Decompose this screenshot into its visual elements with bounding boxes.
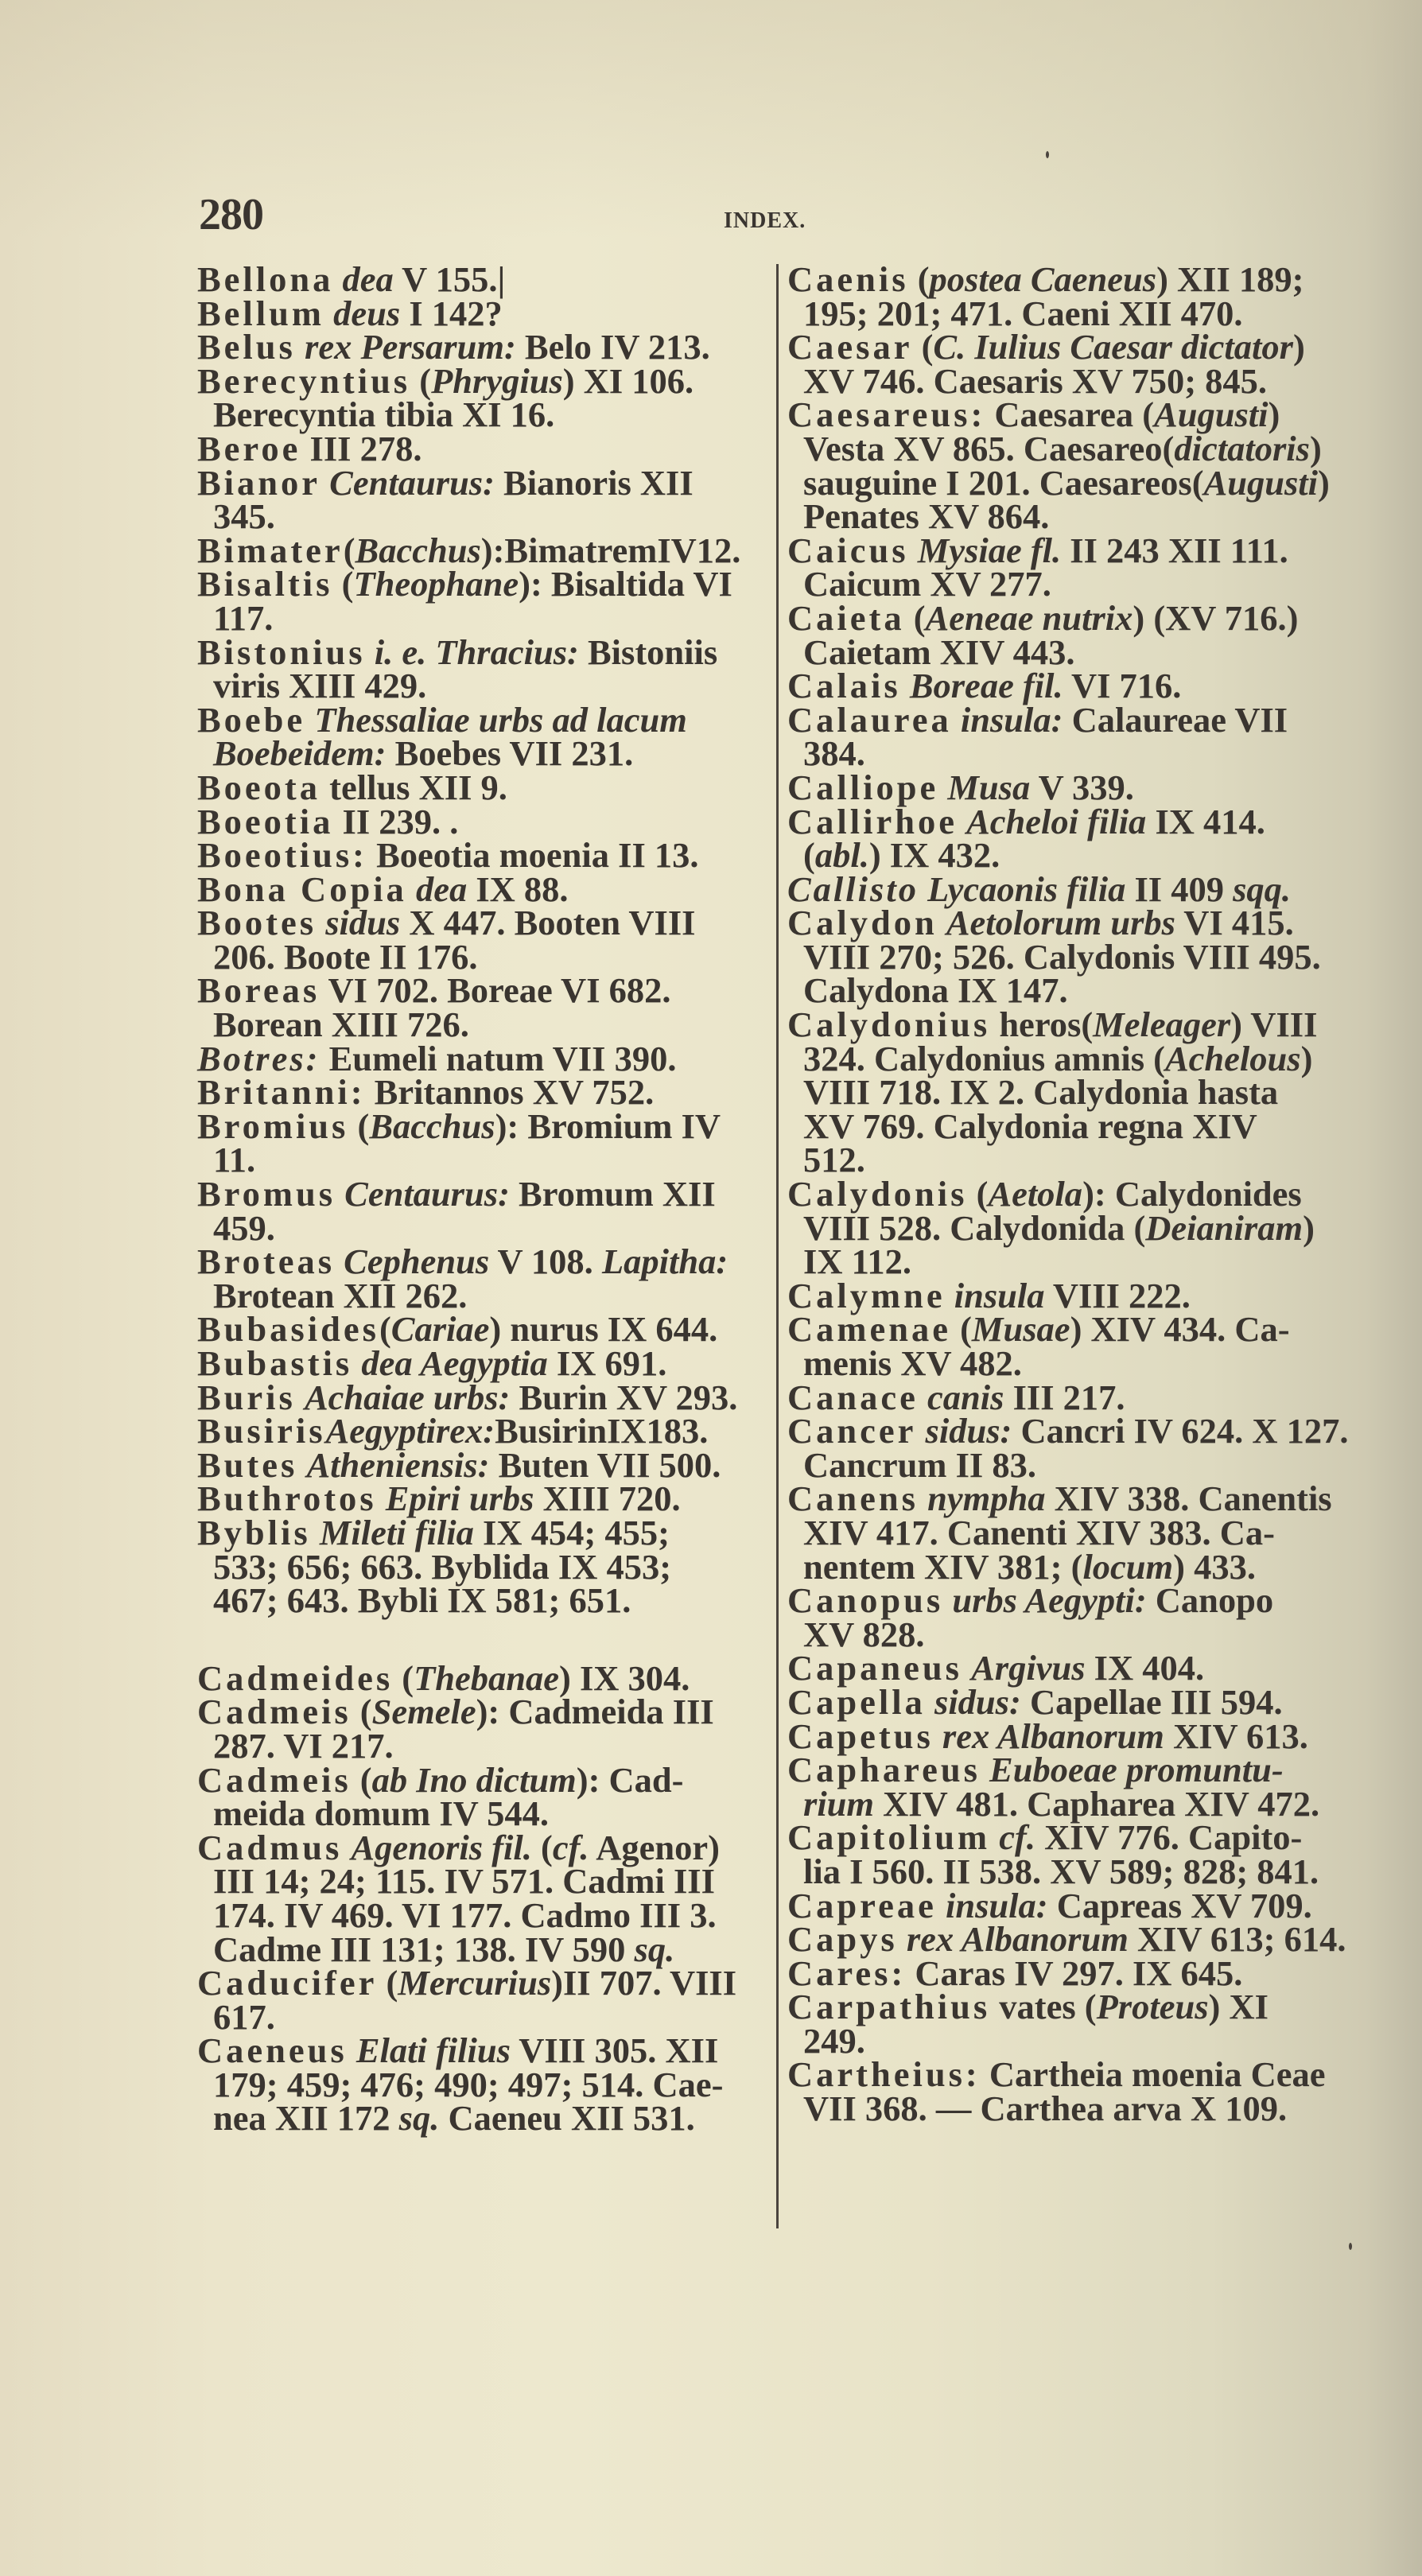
index-entry: BusirisAegyptirex:BusirinIX183. (197, 1414, 774, 1448)
index-entry-continuation: XV 769. Calydonia regna XIV (787, 1109, 1372, 1144)
index-entry-continuation: Penates XV 864. (787, 499, 1372, 534)
index-entry-continuation: Cancrum II 83. (787, 1448, 1372, 1482)
index-entry: Berecyntius (Phrygius) XI 106. (197, 364, 774, 398)
running-head: INDEX. (724, 208, 806, 234)
index-entry: Caesar (C. Iulius Caesar dictator) (787, 330, 1372, 364)
index-column-left: Bellona dea V 155.|Bellum deus I 142?Bel… (197, 262, 774, 2135)
index-entry-continuation: 195; 201; 471. Caeni XII 470. (787, 297, 1372, 331)
index-entry-continuation: Calydona IX 147. (787, 973, 1372, 1008)
reference-text: ) (1318, 463, 1330, 503)
index-entry-continuation: XV 746. Caesaris XV 750; 845. (787, 364, 1372, 398)
reference-text: V 108. (489, 1241, 602, 1281)
index-entry: Canens nympha XIV 338. Canentis (787, 1482, 1372, 1516)
reference-text (321, 463, 329, 503)
index-entry: Boreas VI 702. Boreae VI 682. (197, 973, 774, 1008)
index-entry: Capreae insula: Capreas XV 709. (787, 1889, 1372, 1923)
reference-text: VII 368. — Carthea arva X 109. (803, 2088, 1287, 2128)
index-entry-continuation: IX 112. (787, 1245, 1372, 1279)
italic-gloss: urbs Aegypti: (952, 1580, 1146, 1620)
index-entry-continuation: 533; 656; 663. Byblida IX 453; (197, 1550, 774, 1584)
section-gap (197, 1618, 774, 1661)
index-entry-continuation: lia I 560. II 538. XV 589; 828; 841. (787, 1855, 1372, 1889)
italic-gloss: Theophane (353, 564, 519, 604)
reference-text: ( (377, 1963, 398, 2003)
reference-text: vates ( (990, 1987, 1096, 2026)
index-entry: Bromus Centaurus: Bromum XII (197, 1177, 774, 1211)
reference-text: ) XI 106. (563, 361, 694, 401)
index-entry-continuation: meida domum IV 544. (197, 1797, 774, 1831)
index-entry-continuation: VIII 528. Calydonida (Deianiram) (787, 1211, 1372, 1245)
index-entry-continuation: 179; 459; 476; 490; 497; 514. Cae- (197, 2068, 774, 2102)
italic-gloss: Centaurus: (344, 1174, 510, 1214)
index-entry: Cadmeis (Semele): Cadmeida III (197, 1695, 774, 1729)
index-entry: Bubastis dea Aegyptia IX 691. (197, 1346, 774, 1381)
index-entry: Bona Copia dea IX 88. (197, 872, 774, 907)
ink-speck (1349, 2243, 1352, 2250)
index-entry: Cartheius: Cartheia moenia Ceae (787, 2057, 1372, 2092)
index-entry-continuation: nentem XIV 381; (locum) 433. (787, 1550, 1372, 1584)
index-entry-continuation: XV 828. (787, 1618, 1372, 1652)
index-entry-continuation: 174. IV 469. VI 177. Cadmo III 3. (197, 1898, 774, 1933)
index-entry-continuation: 324. Calydonius amnis (Achelous) (787, 1042, 1372, 1076)
index-entry-continuation: menis XV 482. (787, 1346, 1372, 1381)
index-entry: Broteas Cephenus V 108. Lapitha: (197, 1245, 774, 1279)
reference-text: ): Cad- (577, 1760, 684, 1800)
index-entry: Bisaltis (Theophane): Bisaltida VI (197, 567, 774, 601)
index-entry: Britanni: Britannos XV 752. (197, 1075, 774, 1109)
index-entry: Cares: Caras IV 297. IX 645. (787, 1956, 1372, 1991)
index-entry-continuation: sauguine I 201. Caesareos(Augusti) (787, 466, 1372, 500)
italic-gloss: Proteus (1097, 1987, 1209, 2026)
reference-text: Bianoris XII (495, 463, 694, 503)
reference-text: ) (1293, 327, 1305, 367)
index-entry: Cadmeides (Thebanae) IX 304. (197, 1661, 774, 1696)
index-entry: Belus rex Persarum: Belo IV 213. (197, 330, 774, 364)
index-entry-continuation: Caicum XV 277. (787, 567, 1372, 601)
index-entry-continuation: 384. (787, 736, 1372, 771)
index-entry-continuation: 617. (197, 2000, 774, 2034)
italic-gloss: Lapitha: (602, 1241, 728, 1281)
reference-text (943, 1580, 952, 1620)
reference-text: Calaureae VII (1063, 700, 1288, 740)
reference-text (952, 700, 961, 740)
index-entry: Boeotia II 239. . (197, 805, 774, 839)
reference-text: ) (XV 716.) (1133, 598, 1298, 638)
index-entry: Calydonis (Aetola): Calydonides (787, 1177, 1372, 1211)
index-entry-continuation: XIV 417. Canenti XIV 383. Ca- (787, 1516, 1372, 1550)
reference-text: ( (348, 1106, 369, 1146)
reference-text: ): Cadmeida III (476, 1692, 714, 1731)
index-entry: Boebe Thessaliae urbs ad lacum (197, 703, 774, 737)
index-entry: Cadmus Agenoris fil. (cf. Agenor) (197, 1831, 774, 1865)
index-entry-continuation: 345. (197, 499, 774, 534)
index-entry-continuation: Vesta XV 865. Caesareo(dictatoris) (787, 432, 1372, 466)
index-entry-continuation: Boebeidem: Boebes VII 231. (197, 736, 774, 771)
index-entry-continuation: VII 368. — Carthea arva X 109. (787, 2092, 1372, 2126)
index-entry-continuation: 117. (197, 601, 774, 635)
index-entry: Cancer sidus: Cancri IV 624. X 127. (787, 1414, 1372, 1448)
index-entry: Capaneus Argivus IX 404. (787, 1651, 1372, 1685)
reference-text: nea XII 172 (213, 2098, 399, 2138)
index-column-right: Caenis (postea Caeneus) XII 189;195; 201… (787, 262, 1372, 2126)
index-entry: Caenis (postea Caeneus) XII 189; (787, 262, 1372, 297)
italic-gloss: Bacchus (369, 1106, 495, 1146)
index-entry: Buris Achaiae urbs: Burin XV 293. (197, 1381, 774, 1415)
index-entry: Caieta (Aeneae nutrix) (XV 716.) (787, 601, 1372, 635)
index-entry-continuation: VIII 270; 526. Calydonis VIII 495. (787, 940, 1372, 974)
index-entry: Bromius (Bacchus): Bromium IV (197, 1109, 774, 1144)
ink-speck (1046, 151, 1049, 158)
index-entry: Caphareus Euboeae promuntu- (787, 1753, 1372, 1787)
index-entry: Caicus Mysiae fl. II 243 XII 111. (787, 534, 1372, 568)
index-entry-continuation: 467; 643. Bybli IX 581; 651. (197, 1583, 774, 1618)
index-entry-continuation: (abl.) IX 432. (787, 838, 1372, 872)
index-entry-continuation: Cadme III 131; 138. IV 590 sq. (197, 1933, 774, 1967)
index-entry: Cadmeis (ab Ino dictum): Cad- (197, 1763, 774, 1797)
index-entry: Bimater(Bacchus):BimatremIV12. (197, 534, 774, 568)
italic-gloss: Deianiram (1145, 1208, 1303, 1248)
index-entry: Calaurea insula: Calaureae VII (787, 703, 1372, 737)
index-entry: Calliope Musa V 339. (787, 771, 1372, 805)
index-entry-continuation: Caietam XIV 443. (787, 635, 1372, 670)
index-entry-continuation: 249. (787, 2024, 1372, 2058)
index-entry-continuation: VIII 718. IX 2. Calydonia hasta (787, 1075, 1372, 1109)
reference-text: Caeneu XII 531. (439, 2098, 694, 2138)
reference-text: ) (1301, 1039, 1313, 1078)
reference-text: 467; 643. Bybli IX 581; 651. (213, 1580, 631, 1620)
index-entry: Calydonius heros(Meleager) VIII (787, 1008, 1372, 1042)
reference-text (336, 1174, 344, 1214)
index-entry: Bellona dea V 155.| (197, 262, 774, 297)
italic-gloss: sq. (399, 2098, 440, 2138)
index-entry-continuation: 459. (197, 1211, 774, 1245)
index-entry-continuation: 512. (787, 1143, 1372, 1177)
index-entry-continuation: 287. VI 217. (197, 1729, 774, 1763)
index-entry: Bootes sidus X 447. Booten VIII (197, 906, 774, 940)
index-entry: Capella sidus: Capellae III 594. (787, 1685, 1372, 1719)
index-entry: Canace canis III 217. (787, 1381, 1372, 1415)
index-entry-continuation: 11. (197, 1143, 774, 1177)
reference-text: XV 769. Calydonia regna XIV (803, 1106, 1257, 1146)
index-entry-continuation: Borean XIII 726. (197, 1008, 774, 1042)
index-entry-continuation: III 14; 24; 115. IV 571. Cadmi III (197, 1864, 774, 1898)
reference-text: Bistoniis (579, 632, 717, 672)
index-entry-continuation: viris XIII 429. (197, 669, 774, 703)
reference-text: ): Bromium IV (495, 1106, 721, 1146)
index-entry: Caducifer (Mercurius)II 707. VIII (197, 1966, 774, 2000)
reference-text: ( (332, 564, 353, 604)
index-entry: Buthrotos Epiri urbs XIII 720. (197, 1482, 774, 1516)
index-entry: Capetus rex Albanorum XIV 613. (787, 1719, 1372, 1754)
index-entry: Butes Atheniensis: Buten VII 500. (197, 1448, 774, 1482)
reference-text: ) XIV 434. Ca- (1070, 1309, 1290, 1349)
index-entry-continuation: Brotean XII 262. (197, 1279, 774, 1313)
page-number: 280 (199, 191, 263, 239)
italic-gloss: Centaurus: (329, 463, 495, 503)
reference-text: Bromum XII (510, 1174, 716, 1214)
index-entry: Caeneus Elati filius VIII 305. XII (197, 2034, 774, 2068)
index-entry: Bellum deus I 142? (197, 297, 774, 331)
index-entry: Beroe III 278. (197, 432, 774, 466)
column-divider-rule (776, 264, 779, 2228)
reference-text: ) (1303, 1208, 1315, 1248)
index-entry: Botres: Eumeli natum VII 390. (197, 1042, 774, 1076)
reference-text: II 243 XII 111. (1061, 530, 1288, 570)
index-entry-continuation: Berecyntia tibia XI 16. (197, 398, 774, 432)
index-entry: Callirhoe Acheloi filia IX 414. (787, 805, 1372, 839)
index-entry: Caesareus: Caesarea (Augusti) (787, 398, 1372, 432)
reference-text: Cancri IV 624. X 127. (1012, 1411, 1348, 1451)
index-entry: Bistonius i. e. Thracius: Bistoniis (197, 635, 774, 670)
reference-text: IX 414. (1146, 802, 1265, 841)
index-entry: Bubasides(Cariae) nurus IX 644. (197, 1312, 774, 1346)
index-entry: Calydon Aetolorum urbs VI 415. (787, 906, 1372, 940)
index-entry-continuation: nea XII 172 sq. Caeneu XII 531. (197, 2101, 774, 2135)
index-entry: Boeota tellus XII 9. (197, 771, 774, 805)
index-entry: Boeotius: Boeotia moenia II 13. (197, 838, 774, 872)
reference-text: Canopo (1147, 1580, 1274, 1620)
reference-text: ): Bisaltida VI (519, 564, 732, 604)
index-entry-continuation: 206. Boote II 176. (197, 940, 774, 974)
italic-gloss: insula: (961, 700, 1063, 740)
index-entry: Calais Boreae fil. VI 716. (787, 669, 1372, 703)
index-entry: Canopus urbs Aegypti: Canopo (787, 1583, 1372, 1618)
reference-text: ) XI (1209, 1987, 1269, 2026)
italic-gloss: Mercurius (398, 1963, 551, 2003)
index-entry: Camenae (Musae) XIV 434. Ca- (787, 1312, 1372, 1346)
index-entry: Capys rex Albanorum XIV 613; 614. (787, 1922, 1372, 1956)
index-entry: Callisto Lycaonis filia II 409 sqq. (787, 872, 1372, 907)
index-entry: Capitolium cf. XIV 776. Capito- (787, 1820, 1372, 1855)
index-entry: Calymne insula VIII 222. (787, 1279, 1372, 1313)
index-entry-continuation: rium XIV 481. Capharea XIV 472. (787, 1787, 1372, 1821)
index-entry: Bianor Centaurus: Bianoris XII (197, 466, 774, 500)
index-entry: Carpathius vates (Proteus) XI (787, 1990, 1372, 2024)
italic-gloss: Augusti (1204, 463, 1318, 503)
reference-text: )II 707. VIII (551, 1963, 736, 2003)
index-entry: Byblis Mileti filia IX 454; 455; (197, 1516, 774, 1550)
